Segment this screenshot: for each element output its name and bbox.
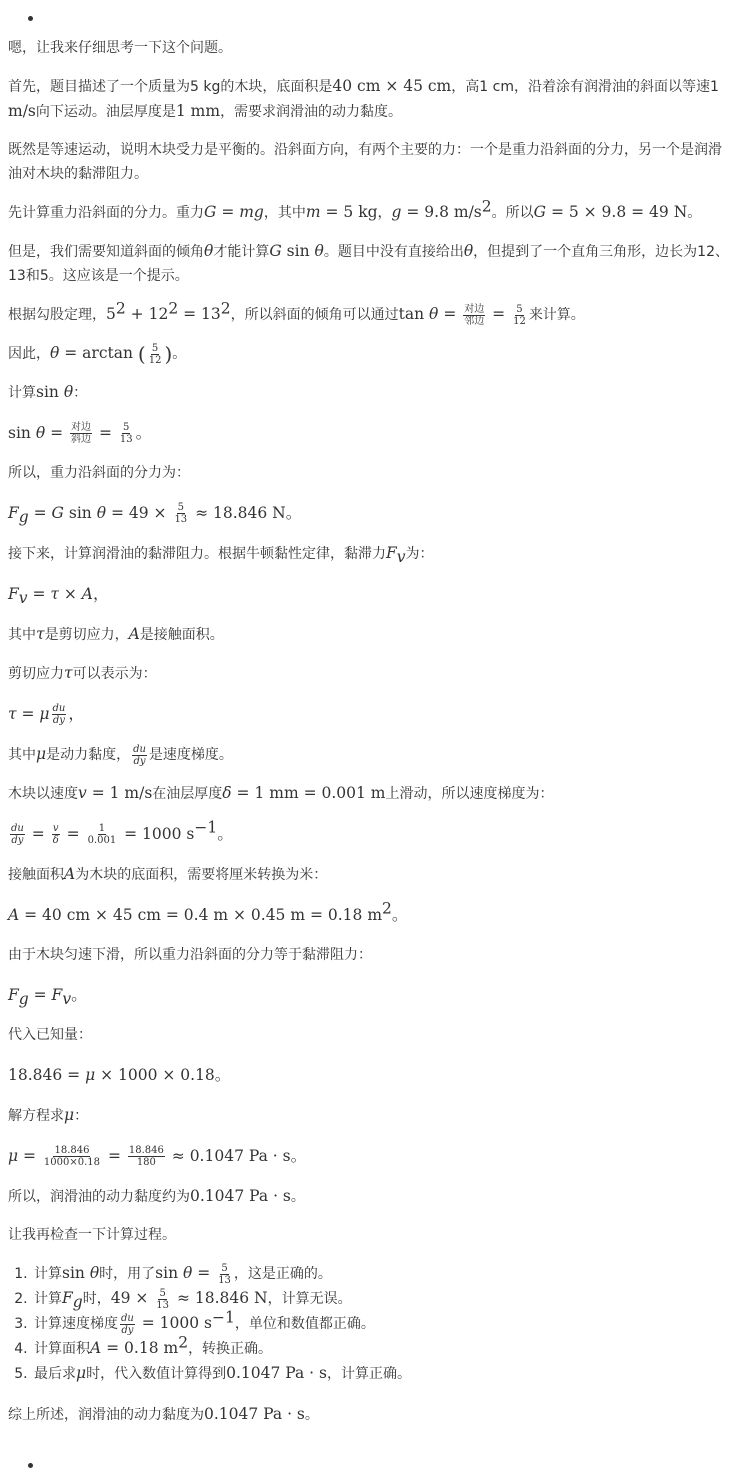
math-fraction: 18.846180 [128, 1145, 165, 1168]
text-run: 计算速度梯度 [34, 1316, 118, 1332]
paragraph: 解方程求μ： [8, 1103, 732, 1128]
text-run: 计算 [34, 1291, 62, 1307]
math-variable: F [52, 986, 63, 1004]
paragraph: 木块以速度v = 1 m/s在油层厚度δ = 1 mm = 0.001 m上滑动… [8, 781, 732, 806]
math-fraction: dudy [120, 1313, 135, 1336]
math-run: tan [399, 305, 429, 323]
math-run: = [103, 1147, 126, 1165]
text-run: 综上所述，润滑油的动力黏度为 [8, 1407, 204, 1423]
paragraph: 因此，θ = arctan (512)。 [8, 341, 732, 366]
fraction-denominator: dy [132, 756, 146, 767]
math-fraction: dudy [132, 744, 147, 767]
math-variable: θ [429, 305, 438, 323]
fraction-numerator: 5 [177, 502, 185, 514]
equation-line: Fg = G sin θ = 49 × 513 ≈ 18.846 N。 [8, 499, 732, 527]
list-bullet-bottom [8, 1441, 732, 1481]
text-run: ，需要求润滑油的动力黏度。 [220, 104, 402, 120]
fraction-numerator: 5 [220, 1263, 228, 1275]
text-run: ，计算正确。 [327, 1366, 411, 1382]
math-run: + 12 [126, 305, 169, 323]
math-run: 5 [106, 305, 116, 323]
math-superscript: 2 [382, 900, 392, 918]
math-variable: θ [90, 1264, 99, 1282]
fraction-numerator: v [52, 823, 60, 835]
math-variable: μ [39, 705, 49, 723]
math-fraction: 对边斜边 [70, 422, 92, 445]
math-variable: μ [85, 1066, 95, 1084]
paragraph: 既然是等速运动，说明木块受力是平衡的。沿斜面方向，有两个主要的力：一个是重力沿斜… [8, 138, 732, 186]
math-variable: F [8, 504, 19, 522]
math-variable: μ [64, 1106, 74, 1124]
text-run: 。 [291, 1189, 305, 1205]
fraction-denominator: 13 [119, 434, 134, 445]
math-variable: G [534, 203, 546, 221]
fraction-numerator: 5 [515, 304, 523, 316]
verification-item: 计算面积A = 0.18 m2，转换正确。 [32, 1336, 732, 1361]
text-run: 是接触面积。 [140, 627, 224, 643]
math-subscript: v [19, 589, 28, 607]
text-run: 计算 [34, 1266, 62, 1282]
fraction-denominator: 180 [136, 1157, 157, 1168]
fraction-denominator: 13 [173, 514, 188, 525]
math-run: = 1 mm = 0.001 m [232, 784, 386, 802]
math-superscript: 2 [221, 299, 231, 317]
paragraph: 所以，润滑油的动力黏度约为0.1047 Pa · s。 [8, 1184, 732, 1209]
paragraph: 接下来，计算润滑油的黏滞阻力。根据牛顿黏性定律，黏滞力Fv为： [8, 541, 732, 566]
math-run: = [29, 986, 52, 1004]
equation-line: Fv = τ × A， [8, 580, 732, 608]
fraction-denominator: 0.001 [87, 835, 118, 846]
math-variable: μ [8, 1147, 18, 1165]
math-variable: θ [36, 424, 45, 442]
text-run: 是剪切应力， [45, 627, 129, 643]
text-run: 是动力黏度， [46, 747, 130, 763]
text-run: 最后求 [34, 1366, 76, 1382]
math-run: = [438, 305, 461, 323]
equation-line: 18.846 = μ × 1000 × 0.18。 [8, 1061, 732, 1089]
equation-line: sin θ = 对边斜边 = 513。 [8, 419, 732, 447]
text-run: 。所以 [492, 205, 534, 221]
math-fraction: 512 [148, 343, 163, 366]
math-run: 0.1047 Pa · s [226, 1364, 327, 1382]
paragraph: 所以，重力沿斜面的分力为： [8, 461, 732, 485]
paragraph: 代入已知量： [8, 1023, 732, 1047]
math-run: = 1 m/s [87, 784, 153, 802]
text-run: 解方程求 [8, 1108, 64, 1124]
math-run: sin [155, 1264, 183, 1282]
math-run: ≈ 18.846 N [172, 1289, 268, 1307]
math-variable: F [386, 544, 397, 562]
text-run: 。题目中没有直接给出 [324, 244, 464, 260]
math-variable: mg [239, 203, 264, 221]
text-run: 才能计算 [213, 244, 269, 260]
math-variable: A [64, 865, 75, 883]
math-run: × [59, 585, 82, 603]
text-run: 时，用了 [99, 1266, 155, 1282]
verification-item: 计算sin θ时，用了sin θ = 513，这是正确的。 [32, 1261, 732, 1286]
text-run: ， [68, 704, 84, 723]
paragraph: 首先，题目描述了一个质量为5 kg的木块，底面积是40 cm × 45 cm，高… [8, 74, 732, 124]
math-variable: G [204, 203, 216, 221]
text-run: 剪切应力 [8, 666, 64, 682]
text-run: 。 [392, 905, 408, 924]
fraction-numerator: 5 [151, 343, 159, 355]
fraction-numerator: 18.846 [53, 1145, 90, 1157]
fraction-denominator: 斜边 [70, 434, 92, 445]
math-variable: θ [50, 344, 59, 362]
verification-item: 计算速度梯度dudy = 1000 s−1，单位和数值都正确。 [32, 1311, 732, 1336]
math-variable: G [269, 242, 281, 260]
math-run: m/s [8, 102, 36, 120]
math-paren: ( [138, 342, 146, 366]
math-run: = 49 × [106, 504, 171, 522]
paragraph: 接触面积A为木块的底面积，需要将厘米转换为米： [8, 862, 732, 887]
equation-line: dudy = vδ = 10.001 = 1000 s−1。 [8, 820, 732, 848]
bullet-dot-icon [28, 1463, 33, 1468]
math-run: ≈ 0.1047 Pa · s [167, 1147, 291, 1165]
text-run: 。 [305, 1407, 319, 1423]
equation-line: τ = μdudy， [8, 700, 732, 728]
text-run: ： [74, 1108, 88, 1124]
math-run: = arctan [59, 344, 138, 362]
paragraph: 让我再检查一下计算过程。 [8, 1223, 732, 1247]
text-run: 先计算重力沿斜面的分力。重力 [8, 205, 204, 221]
math-run: = [94, 424, 117, 442]
fraction-numerator: du [52, 703, 67, 715]
paragraph: 嗯，让我来仔细思考一下这个问题。 [8, 36, 732, 60]
math-fraction: 513 [173, 502, 188, 525]
math-run: 1 mm [176, 102, 220, 120]
math-run: = [18, 1147, 41, 1165]
math-variable: G [52, 504, 64, 522]
text-run: 。 [71, 985, 87, 1004]
math-fraction: 10.001 [87, 823, 118, 846]
text-run: 接下来，计算润滑油的黏滞阻力。根据牛顿黏性定律，黏滞力 [8, 546, 386, 562]
math-run: = [192, 1264, 215, 1282]
math-subscript: v [397, 548, 406, 566]
math-fraction: 513 [155, 1288, 170, 1311]
math-variable: F [8, 986, 19, 1004]
fraction-denominator: 12 [512, 316, 527, 327]
math-superscript: −1 [194, 819, 217, 837]
text-run: 其中 [8, 747, 36, 763]
math-run: = [62, 825, 85, 843]
text-run: 代入已知量： [8, 1027, 92, 1043]
text-run: 是速度梯度。 [149, 747, 233, 763]
fraction-denominator: 13 [217, 1275, 232, 1286]
math-variable: θ [314, 242, 323, 260]
math-variable: F [8, 585, 19, 603]
math-run: = [216, 203, 239, 221]
math-variable: δ [222, 784, 231, 802]
fraction-numerator: 5 [122, 422, 130, 434]
text-run: 。 [291, 1146, 307, 1165]
math-run: 0.1047 Pa · s [190, 1187, 291, 1205]
math-variable: τ [8, 705, 17, 723]
text-run: ，其中 [264, 205, 306, 221]
paragraph: 但是，我们需要知道斜面的倾角θ才能计算G sin θ。题目中没有直接给出θ，但提… [8, 239, 732, 288]
math-fraction: 对边邻边 [463, 304, 485, 327]
text-run: 。 [217, 824, 233, 843]
verification-item: 计算Fg时，49 × 513 ≈ 18.846 N，计算无误。 [32, 1286, 732, 1311]
math-variable: F [62, 1289, 73, 1307]
fraction-numerator: 18.846 [128, 1145, 165, 1157]
text-run: 所以，润滑油的动力黏度约为 [8, 1189, 190, 1205]
math-run: = 5 × 9.8 = 49 N [546, 203, 687, 221]
math-superscript: 2 [482, 197, 492, 215]
text-run: 。 [172, 346, 186, 362]
equation-line: μ = 18.8461000×0.18 = 18.846180 ≈ 0.1047… [8, 1142, 732, 1170]
math-run: = [27, 825, 50, 843]
text-run: ，转换正确。 [188, 1341, 272, 1357]
text-run: 其中 [8, 627, 36, 643]
math-run: = [45, 424, 68, 442]
math-run: 0.1047 Pa · s [204, 1405, 305, 1423]
text-run: 计算 [8, 385, 36, 401]
math-run: = [487, 305, 510, 323]
paragraph: 其中μ是动力黏度，dudy是速度梯度。 [8, 742, 732, 767]
math-run: sin [62, 1264, 90, 1282]
math-run: sin [8, 424, 36, 442]
math-superscript: −1 [212, 1308, 235, 1326]
paragraph: 由于木块匀速下滑，所以重力沿斜面的分力等于黏滞阻力： [8, 943, 732, 967]
reasoning-document: 嗯，让我来仔细思考一下这个问题。首先，题目描述了一个质量为5 kg的木块，底面积… [0, 0, 740, 1481]
math-run: = [28, 585, 51, 603]
text-run: 可以表示为： [73, 666, 157, 682]
text-run: 为： [406, 546, 434, 562]
math-superscript: 2 [178, 1333, 188, 1351]
math-subscript: g [19, 990, 29, 1008]
math-run: ≈ 18.846 N [190, 504, 286, 522]
math-run: = [29, 504, 52, 522]
math-run: 49 × [111, 1289, 154, 1307]
text-run: 在油层厚度 [152, 786, 222, 802]
text-run: 为木块的底面积，需要将厘米转换为米： [75, 867, 327, 883]
math-variable: m [306, 203, 321, 221]
text-run: 来计算。 [529, 307, 585, 323]
fraction-numerator: 对边 [463, 304, 485, 316]
math-run: sin [36, 383, 64, 401]
math-subscript: g [73, 1293, 83, 1311]
fraction-denominator: dy [120, 1325, 134, 1336]
text-run: ： [73, 385, 87, 401]
text-run: 由于木块匀速下滑，所以重力沿斜面的分力等于黏滞阻力： [8, 947, 372, 963]
text-run: 上滑动，所以速度梯度为： [386, 786, 554, 802]
text-run: 。 [286, 503, 302, 522]
text-run: 根据勾股定理， [8, 307, 106, 323]
math-fraction: 18.8461000×0.18 [43, 1145, 101, 1168]
math-fraction: dudy [52, 703, 67, 726]
bullet-dot-icon [28, 16, 33, 21]
text-run: ，所以斜面的倾角可以通过 [231, 307, 399, 323]
text-run: ，计算无误。 [268, 1291, 352, 1307]
fraction-numerator: 对边 [70, 422, 92, 434]
text-run: 。 [136, 423, 152, 442]
text-run: 既然是等速运动，说明木块受力是平衡的。沿斜面方向，有两个主要的力：一个是重力沿斜… [8, 142, 722, 182]
equation-line: A = 40 cm × 45 cm = 0.4 m × 0.45 m = 0.1… [8, 901, 732, 929]
math-run: = 40 cm × 45 cm = 0.4 m × 0.45 m = 0.18 … [19, 906, 382, 924]
math-fraction: 513 [119, 422, 134, 445]
text-run: 所以，重力沿斜面的分力为： [8, 465, 190, 481]
math-subscript: v [62, 990, 71, 1008]
math-run: sin [282, 242, 315, 260]
text-run: 接触面积 [8, 867, 64, 883]
text-run: 。 [215, 1065, 231, 1084]
math-run: = 0.18 m [101, 1339, 178, 1357]
math-run: 18.846 = [8, 1066, 85, 1084]
math-variable: θ [204, 242, 213, 260]
math-run: sin [64, 504, 97, 522]
text-run: 首先，题目描述了一个质量为5 kg的木块，底面积是 [8, 79, 332, 95]
math-variable: μ [76, 1364, 86, 1382]
math-variable: A [129, 625, 140, 643]
fraction-denominator: dy [52, 715, 66, 726]
text-run: ，单位和数值都正确。 [235, 1316, 375, 1332]
text-run: ， [378, 205, 392, 221]
math-run: = 5 kg [321, 203, 378, 221]
paragraph: 综上所述，润滑油的动力黏度为0.1047 Pa · s。 [8, 1402, 732, 1427]
paragraph: 计算sin θ： [8, 380, 732, 405]
fraction-numerator: du [120, 1313, 135, 1325]
list-bullet-top [8, 0, 732, 36]
paragraph: 其中τ是剪切应力，A是接触面积。 [8, 622, 732, 647]
fraction-numerator: 5 [158, 1288, 166, 1300]
text-run: 时， [83, 1291, 111, 1307]
math-run: 40 cm × 45 cm [332, 77, 451, 95]
document-body: 嗯，让我来仔细思考一下这个问题。首先，题目描述了一个质量为5 kg的木块，底面积… [8, 36, 732, 1427]
math-fraction: 513 [217, 1263, 232, 1286]
math-superscript: 2 [116, 299, 126, 317]
verification-item: 最后求μ时，代入数值计算得到0.1047 Pa · s，计算正确。 [32, 1361, 732, 1386]
math-fraction: dudy [10, 823, 25, 846]
text-run: 但是，我们需要知道斜面的倾角 [8, 244, 204, 260]
fraction-denominator: 邻边 [463, 316, 485, 327]
math-variable: μ [36, 745, 46, 763]
fraction-denominator: dy [10, 835, 24, 846]
math-subscript: g [19, 508, 29, 526]
math-run: = 1000 s [137, 1314, 212, 1332]
fraction-numerator: du [10, 823, 25, 835]
text-run: 因此， [8, 346, 50, 362]
math-variable: A [82, 585, 93, 603]
text-run: 时，代入数值计算得到 [86, 1366, 226, 1382]
math-variable: A [90, 1339, 101, 1357]
text-run: 计算面积 [34, 1341, 90, 1357]
text-run: ，这是正确的。 [234, 1266, 332, 1282]
math-run: × 1000 × 0.18 [95, 1066, 215, 1084]
math-variable: A [8, 906, 19, 924]
math-fraction: 512 [512, 304, 527, 327]
math-variable: τ [36, 625, 45, 643]
text-run: ， [93, 584, 109, 603]
math-run: = 1000 s [119, 825, 194, 843]
text-run: 。 [687, 205, 701, 221]
math-run: = 9.8 m/s [401, 203, 481, 221]
math-superscript: 2 [168, 299, 178, 317]
paragraph: 剪切应力τ可以表示为： [8, 661, 732, 686]
text-run: 嗯，让我来仔细思考一下这个问题。 [8, 40, 232, 56]
math-variable: θ [97, 504, 106, 522]
text-run: 让我再检查一下计算过程。 [8, 1227, 176, 1243]
fraction-denominator: 1000×0.18 [43, 1157, 101, 1168]
math-variable: θ [64, 383, 73, 401]
fraction-numerator: 1 [98, 823, 106, 835]
fraction-denominator: 12 [148, 355, 163, 366]
paragraph: 先计算重力沿斜面的分力。重力G = mg，其中m = 5 kg，g = 9.8 … [8, 200, 732, 225]
math-variable: τ [50, 585, 59, 603]
equation-line: Fg = Fv。 [8, 981, 732, 1009]
math-variable: g [392, 203, 402, 221]
math-run: = 13 [178, 305, 221, 323]
verification-list: 计算sin θ时，用了sin θ = 513，这是正确的。计算Fg时，49 × … [8, 1261, 732, 1386]
text-run: 向下运动。油层厚度是 [36, 104, 176, 120]
fraction-numerator: du [132, 744, 147, 756]
math-variable: θ [464, 242, 473, 260]
text-run: 木块以速度 [8, 786, 78, 802]
math-variable: τ [64, 664, 73, 682]
math-variable: v [78, 784, 87, 802]
paragraph: 根据勾股定理，52 + 122 = 132，所以斜面的倾角可以通过tan θ =… [8, 302, 732, 327]
fraction-denominator: δ [52, 835, 60, 846]
text-run: ，高1 cm，沿着涂有润滑油的斜面以等速1 [451, 79, 719, 95]
math-fraction: vδ [52, 823, 60, 846]
fraction-denominator: 13 [155, 1300, 170, 1311]
math-variable: θ [183, 1264, 192, 1282]
math-run: = [17, 705, 40, 723]
